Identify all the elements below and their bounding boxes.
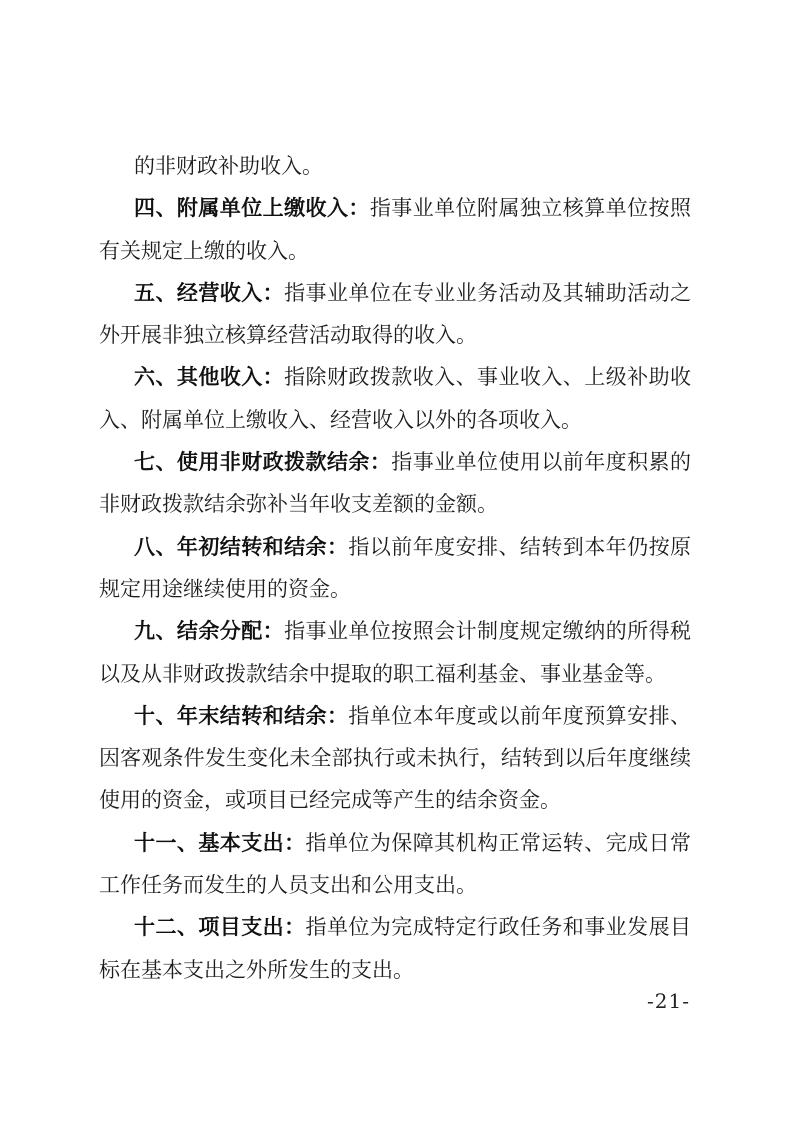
term-label: 七、使用非财政拨款结余： (134, 450, 391, 474)
document-body: 的非财政补助收入。四、附属单位上缴收入：指事业单位附属独立核算单位按照有关规定上… (99, 145, 691, 991)
paragraph: 十一、基本支出：指单位为保障其机构正常运转、完成日常工作任务而发生的人员支出和公… (99, 822, 691, 907)
definition-text: 的非财政补助收入。 (134, 154, 323, 178)
term-label: 九、结余分配： (134, 619, 284, 643)
paragraph: 四、附属单位上缴收入：指事业单位附属独立核算单位按照有关规定上缴的收入。 (99, 187, 691, 272)
term-label: 六、其他收入： (134, 365, 284, 389)
paragraph: 十二、项目支出：指单位为完成特定行政任务和事业发展目标在基本支出之外所发生的支出… (99, 906, 691, 991)
term-label: 八、年初结转和结余： (134, 535, 348, 559)
term-label: 十一、基本支出： (134, 831, 306, 855)
page-number: -21- (647, 989, 690, 1013)
paragraph: 九、结余分配：指事业单位按照会计制度规定缴纳的所得税以及从非财政拨款结余中提取的… (99, 610, 691, 695)
document-page: 的非财政补助收入。四、附属单位上缴收入：指事业单位附属独立核算单位按照有关规定上… (0, 0, 793, 1122)
paragraph: 十、年末结转和结余：指单位本年度或以前年度预算安排、因客观条件发生变化未全部执行… (99, 695, 691, 822)
term-label: 十二、项目支出： (134, 915, 306, 939)
term-label: 十、年末结转和结余： (134, 704, 348, 728)
term-label: 四、附属单位上缴收入： (134, 196, 370, 220)
paragraph: 八、年初结转和结余：指以前年度安排、结转到本年仍按原规定用途继续使用的资金。 (99, 526, 691, 611)
paragraph: 五、经营收入：指事业单位在专业业务活动及其辅助活动之外开展非独立核算经营活动取得… (99, 272, 691, 357)
term-label: 五、经营收入： (134, 281, 284, 305)
paragraph: 七、使用非财政拨款结余：指事业单位使用以前年度积累的非财政拨款结余弥补当年收支差… (99, 441, 691, 526)
paragraph: 六、其他收入：指除财政拨款收入、事业收入、上级补助收入、附属单位上缴收入、经营收… (99, 356, 691, 441)
paragraph: 的非财政补助收入。 (99, 145, 691, 187)
